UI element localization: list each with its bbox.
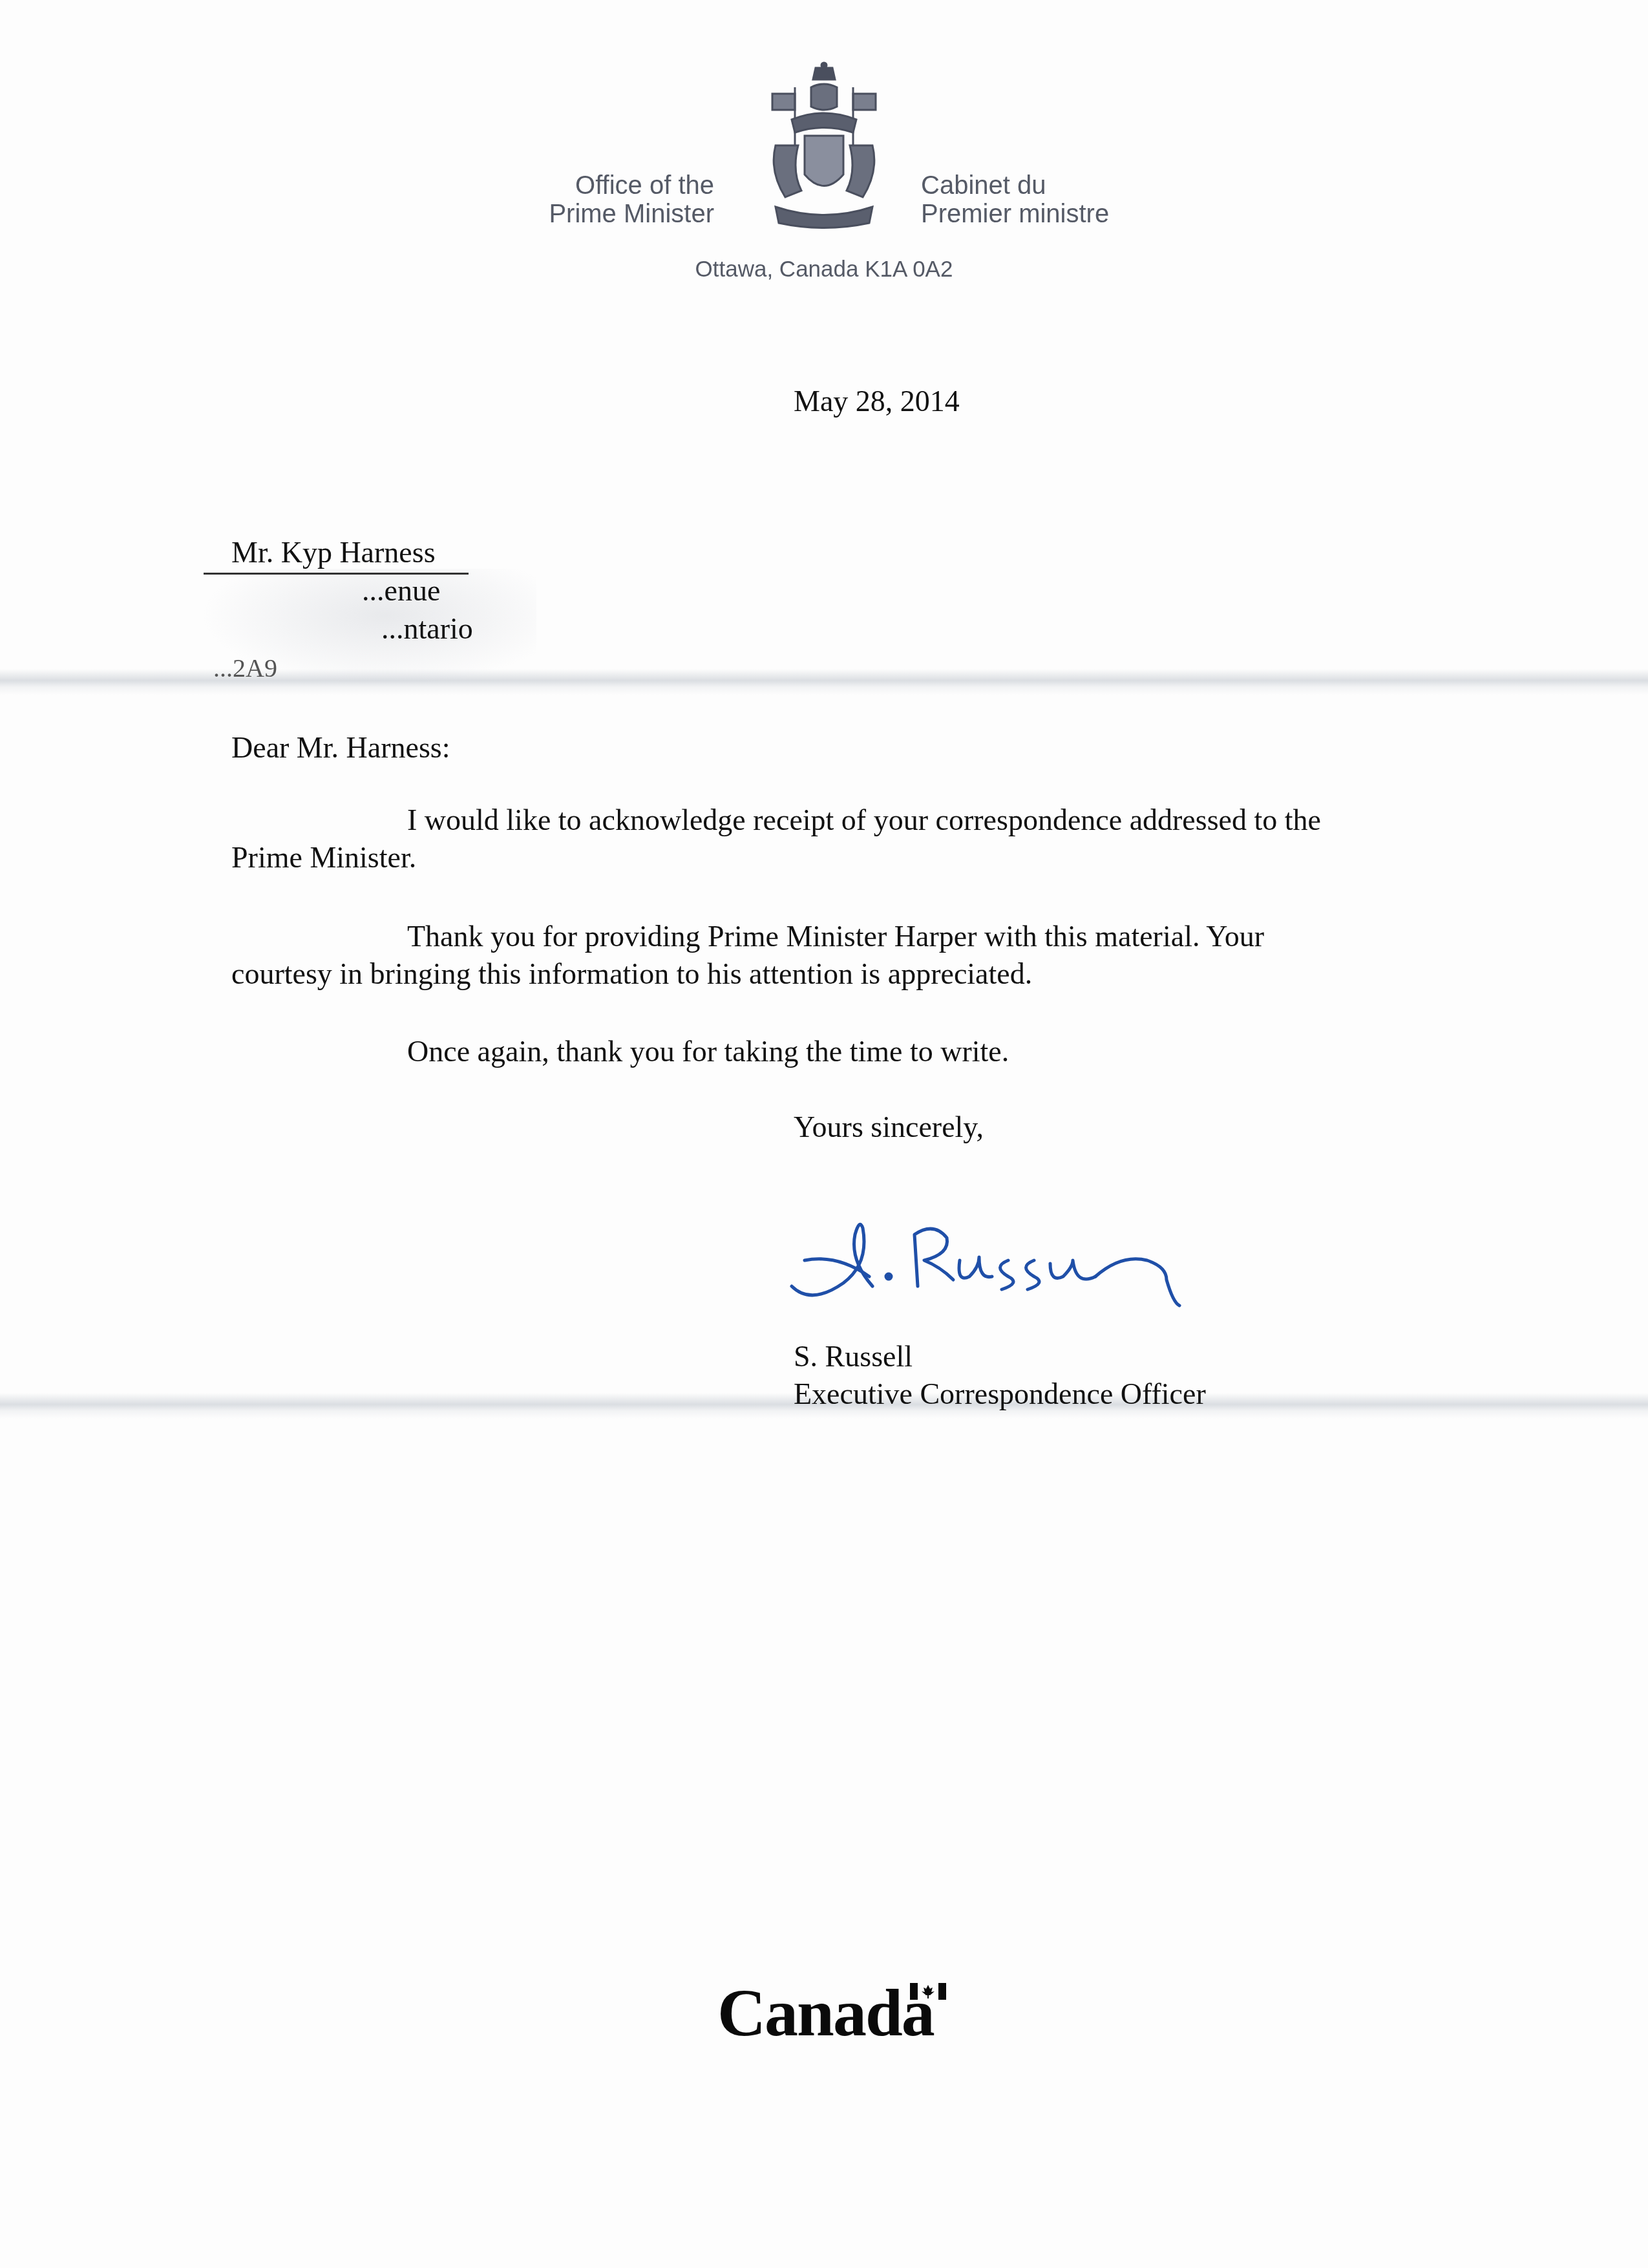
signatory-name: S. Russell [794,1338,913,1375]
recipient-city: ...ntario [381,610,473,648]
letterhead-english-line2: Prime Minister [452,200,714,228]
body-paragraph: Thank you for providing Prime Minister H… [231,918,1343,993]
letterhead-address: Ottawa, Canada K1A 0A2 [0,255,1648,284]
letterhead-french: Cabinet du Premier ministre [921,171,1109,228]
signatory-title: Executive Correspondence Officer [794,1375,1206,1413]
body-paragraph: Once again, thank you for taking the tim… [231,1033,1343,1070]
letterhead-english: Office of the Prime Minister [452,171,714,228]
letterhead-french-line2: Premier ministre [921,200,1109,228]
letter-date: May 28, 2014 [794,383,960,420]
letterhead-english-line1: Office of the [452,171,714,200]
maple-leaf-flag-icon [910,1983,946,2000]
recipient-name: Mr. Kyp Harness [231,534,436,571]
recipient-street: ...enue [362,572,440,609]
letterhead-french-line1: Cabinet du [921,171,1109,200]
closing: Yours sincerely, [794,1108,984,1146]
body-paragraph: I would like to acknowledge receipt of y… [231,801,1343,876]
coat-of-arms-icon [756,61,892,229]
salutation: Dear Mr. Harness: [231,729,450,767]
recipient-postal-code: ...2A9 [213,650,277,687]
handwritten-signature [785,1215,1289,1319]
canada-wordmark: Canada [717,1975,934,2051]
